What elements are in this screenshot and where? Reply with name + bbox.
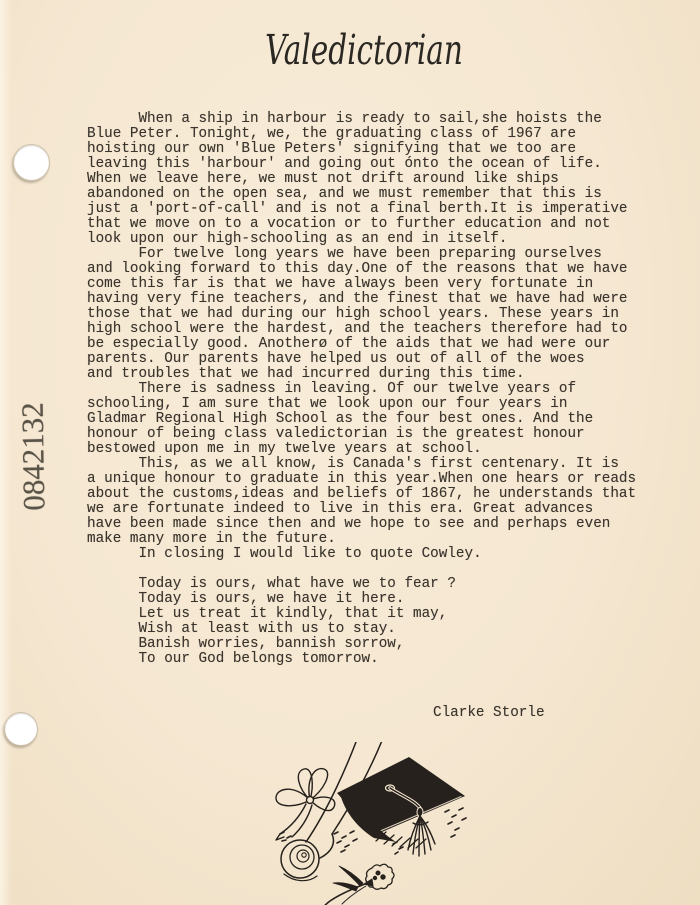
hole-punch-bottom — [4, 712, 38, 746]
serial-number-stamp: 0842132 — [17, 400, 50, 513]
graduation-cap-icon — [337, 757, 465, 848]
hole-punch-top — [13, 144, 50, 181]
graduation-illustration — [262, 742, 482, 905]
page-title: Valedictorian — [112, 26, 616, 74]
speech-text: When a ship in harbour is ready to sail,… — [87, 112, 636, 667]
carnation-flower-icon — [321, 864, 394, 905]
signature: Clarke Storle — [433, 705, 545, 721]
document-page: 0842132 Valedictorian When a ship in har… — [0, 0, 700, 905]
ribbon-bow-icon — [276, 769, 335, 840]
